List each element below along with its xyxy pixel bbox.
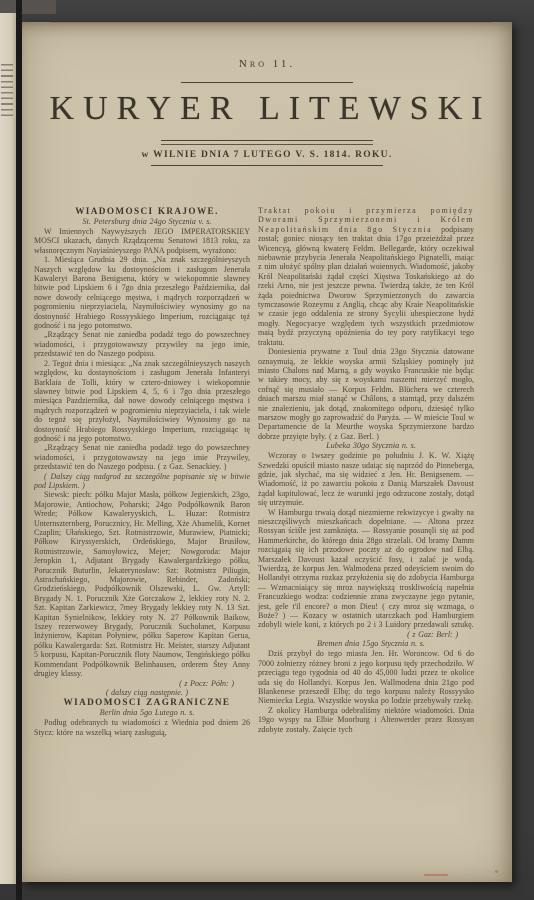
article-columns: WIADOMOSCI KRAJOWE. St. Petersburg dnia … <box>34 206 474 874</box>
issue-number: Nro 11. <box>22 22 512 70</box>
dateline-bremen: Bremen dnia 15go Stycznia n. s. <box>258 639 474 649</box>
source-gazeta-berlinska: ( z Gaz: Berl: ) <box>258 630 474 639</box>
paragraph-lubeka: Wczoray o 1wszey godzinie po południu J.… <box>258 451 474 507</box>
paragraph-treaty: Traktat pokoiu i przymierza pomiędzy Dwo… <box>258 206 474 347</box>
paragraph-intro: W Imiennych Naywyższych JEGO IMPERATORSK… <box>34 227 250 255</box>
masthead: Nro 11. KURYER LITEWSKI w WILNIE DNIA 7 … <box>22 22 512 166</box>
dateline-lubeka: Lubeka 30go Stycznia n. s. <box>258 441 474 451</box>
paragraph-toul: Doniesienia prywatne z Toul dnia 23go St… <box>258 347 474 441</box>
red-pencil-mark <box>424 874 448 876</box>
note-awards-continuation: ( Dalszy ciąg nadgrod za szczególne popi… <box>34 472 250 491</box>
newspaper-page: Nro 11. KURYER LITEWSKI w WILNIE DNIA 7 … <box>22 22 512 882</box>
page-top-edge-mark <box>51 22 492 23</box>
paragraph-hamburg: W Hamburgu trwaią dotąd niezmierne rekwi… <box>258 508 474 630</box>
paragraph-awards-list: Siewsk: piech: półku Major Masła, półkow… <box>34 490 250 678</box>
column-left: WIADOMOSCI KRAJOWE. St. Petersburg dnia … <box>34 206 250 874</box>
masthead-rule-double <box>161 140 373 145</box>
paragraph-bremen: Dziś przybył do tego miasta Jen. Hr. Wor… <box>258 649 474 705</box>
paragraph-berlin: Podług odebranych tu wiadomości z Wiedni… <box>34 718 250 737</box>
paragraph-treaty-rest: podpisany został; goniec niosący ten tra… <box>258 225 474 347</box>
section-heading-domestic: WIADOMOSCI KRAJOWE. <box>34 206 250 217</box>
dateline-berlin: Berlin dnia 5go Lutego n. s. <box>34 708 250 718</box>
paragraph-senat-2: „Rządzący Senat nie zaniedba podadź tego… <box>34 443 250 471</box>
source-poczta-polnocna: ( z Pocz: Półn: ) <box>34 679 250 688</box>
paragraph-hamburg-islands: Z okolicy Hamburga odebraliśmy niektóre … <box>258 706 474 734</box>
dateline-petersburg: St. Petersburg dnia 24go Stycznia v. s. <box>34 217 250 227</box>
column-right: Traktat pokoiu i przymierza pomiędzy Dwo… <box>258 206 474 874</box>
scan-corner-artifact <box>0 0 56 14</box>
neighbor-page-edge <box>0 13 16 884</box>
paragraph-ukaz-2: 2. Tegoż dnia i miesiąca: „Na znak szcze… <box>34 359 250 444</box>
note-to-be-continued: ( dalszy ciąg następnie. ) <box>34 688 250 697</box>
newspaper-title: KURYER LITEWSKI <box>22 90 512 128</box>
masthead-rule-bottom <box>151 165 383 166</box>
section-heading-foreign: WIADOMOSCI ZAGRANICZNE <box>34 697 250 708</box>
neighbor-page-text-marks <box>1 60 13 118</box>
paragraph-ukaz-1: 1. Miesiąca Grudnia 29 dnia. „Na znak sz… <box>34 255 250 330</box>
red-dot-mark <box>495 870 498 873</box>
publication-dateline: w WILNIE DNIA 7 LUTEGO V. S. 1814. ROKU. <box>22 150 512 160</box>
masthead-rule-top <box>181 82 353 83</box>
paragraph-senat-1: „Rządzący Senat nie zaniedba podadź tego… <box>34 330 250 358</box>
